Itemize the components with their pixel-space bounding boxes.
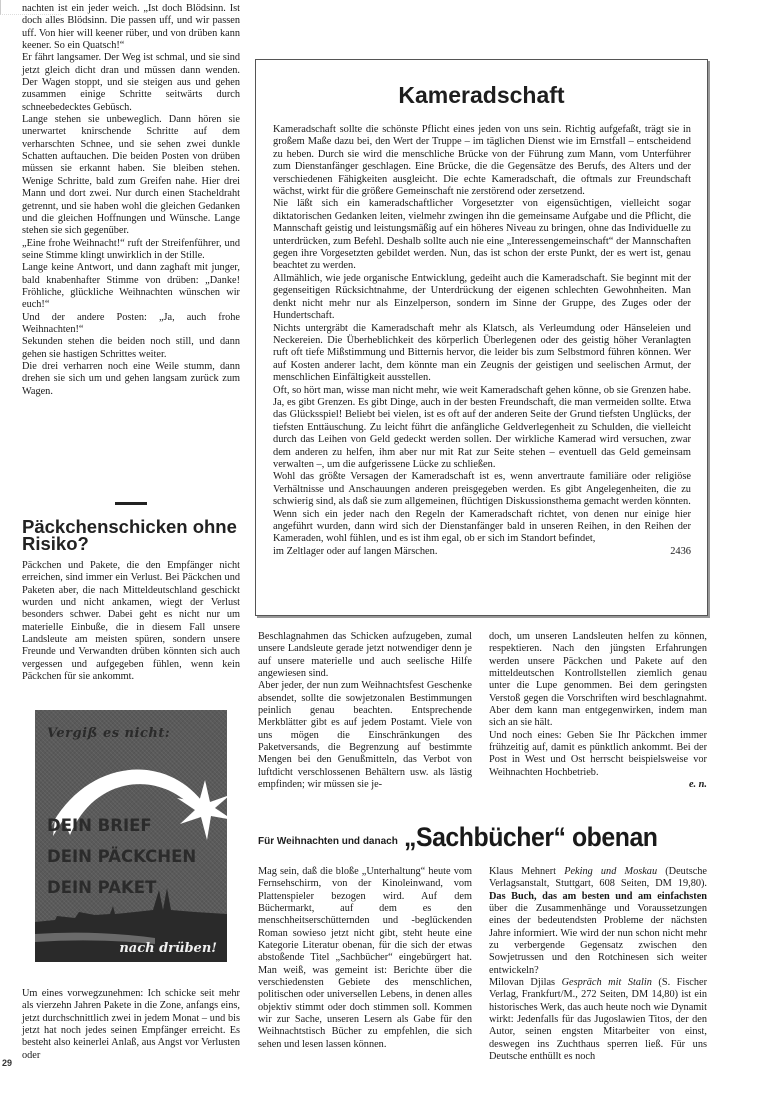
- story-paragraph: Sekunden stehen die beiden noch still, u…: [22, 336, 240, 361]
- kameradschaft-box: Kameradschaft Kameradschaft sollte die s…: [255, 59, 708, 616]
- book-title: Gespräch mit Stalin: [562, 977, 652, 988]
- books-kicker: Für Weihnachten und danach: [258, 836, 398, 852]
- section-divider: [115, 502, 147, 505]
- paeckchen-paragraph: Beschlagnahmen das Schicken aufzugeben, …: [258, 631, 472, 680]
- book-review: Milovan Djilas Gespräch mit Stalin (S. F…: [489, 977, 707, 1063]
- paeckchen-headline: Päckchenschicken ohne Risiko?: [22, 518, 242, 552]
- story-paragraph: Er fährt langsamer. Der Weg ist schmal, …: [22, 52, 240, 114]
- paeckchen-paragraph: Aber jeder, der nun zum Weihnachtsfest G…: [258, 680, 472, 791]
- poster-tagline: Vergiß es nicht:: [47, 726, 170, 741]
- books-review-column: Klaus Mehnert Peking und Moskau (Deutsch…: [489, 866, 707, 1064]
- paeckchen-paragraph: Und noch eines: Geben Sie Ihr Päckchen i…: [489, 730, 707, 779]
- story-paragraph: Lange stehen sie unbeweglich. Dann hören…: [22, 114, 240, 237]
- paeckchen-body-column-2: Beschlagnahmen das Schicken aufzugeben, …: [258, 631, 472, 791]
- box-paragraph: Nie läßt sich ein kameradschaftlicher Vo…: [273, 198, 691, 272]
- box-paragraph: Kameradschaft sollte die schönste Pflich…: [273, 124, 691, 198]
- paeckchen-body-column-3: doch, um unseren Landsleuten helfen zu k…: [489, 631, 707, 791]
- books-title: „Sachbücher“ obenan: [404, 822, 658, 852]
- paeckchen-body-column-1: Um eines vorwegzunehmen: Ich schicke sei…: [22, 988, 240, 1062]
- book-review-text: über die Zusammenhänge und Voraussetzung…: [489, 903, 707, 976]
- poster-line: DEIN BRIEF: [47, 810, 196, 841]
- box-closing-line: im Zeltlager oder auf langen Märschen. 2…: [273, 546, 691, 558]
- box-paragraph: Wenn sich ein jeder nach den Regeln der …: [273, 509, 691, 546]
- kameradschaft-body: Kameradschaft sollte die schönste Pflich…: [273, 124, 691, 558]
- paeckchen-intro-text: Päckchen und Pakete, die den Empfänger n…: [22, 560, 240, 683]
- poster-image: Vergiß es nicht: DEIN BRIEF DEIN PÄCKCHE…: [35, 710, 227, 962]
- paeckchen-paragraph: doch, um unseren Landsleuten helfen zu k…: [489, 631, 707, 730]
- box-paragraph: Allmählich, wie jede organische Entwickl…: [273, 273, 691, 323]
- story-ending-column: nachten ist ein jeder weich. „Ist doch B…: [22, 3, 240, 398]
- books-article-header: Für Weihnachten und danach „Sachbücher“ …: [258, 812, 708, 852]
- box-paragraph: Wohl das größte Versagen der Kameradscha…: [273, 471, 691, 508]
- paeckchen-intro: Päckchen und Pakete, die den Empfänger n…: [22, 560, 240, 683]
- story-paragraph: nachten ist ein jeder weich. „Ist doch B…: [22, 3, 240, 52]
- book-title: Peking und Moskau: [564, 866, 657, 877]
- box-paragraph: Oft, so hört man, wisse man nicht mehr, …: [273, 385, 691, 472]
- story-paragraph: „Eine frohe Weihnacht!“ ruft der Streife…: [22, 238, 240, 263]
- box-last-line: im Zeltlager oder auf langen Märschen.: [273, 546, 437, 558]
- story-paragraph: Die drei verharren noch eine Weile stumm…: [22, 361, 240, 398]
- story-paragraph: Und der andere Posten: „Ja, auch frohe W…: [22, 312, 240, 337]
- author-initials: e. n.: [489, 779, 707, 791]
- page-number: 29: [2, 1058, 12, 1068]
- reference-number: 2436: [670, 546, 691, 558]
- book-emphasis: Das Buch, das am besten und am einfachst…: [489, 891, 707, 902]
- books-intro-column: Mag sein, daß die bloße „Unterhaltung“ h…: [258, 866, 472, 1051]
- paeckchen-body-text: Um eines vorwegzunehmen: Ich schicke sei…: [22, 988, 240, 1062]
- poster-footer: nach drüben!: [119, 941, 217, 956]
- story-paragraph: Lange keine Antwort, und dann zaghaft mi…: [22, 262, 240, 311]
- books-intro-text: Mag sein, daß die bloße „Unterhaltung“ h…: [258, 866, 472, 1051]
- poster-line: DEIN PÄCKCHEN: [47, 841, 196, 872]
- book-author: Milovan Djilas: [489, 977, 555, 988]
- book-author: Klaus Mehnert: [489, 866, 556, 877]
- box-paragraph: Nichts untergräbt die Kameradschaft mehr…: [273, 323, 691, 385]
- kameradschaft-title: Kameradschaft: [256, 82, 707, 109]
- book-review: Klaus Mehnert Peking und Moskau (Deutsch…: [489, 866, 707, 977]
